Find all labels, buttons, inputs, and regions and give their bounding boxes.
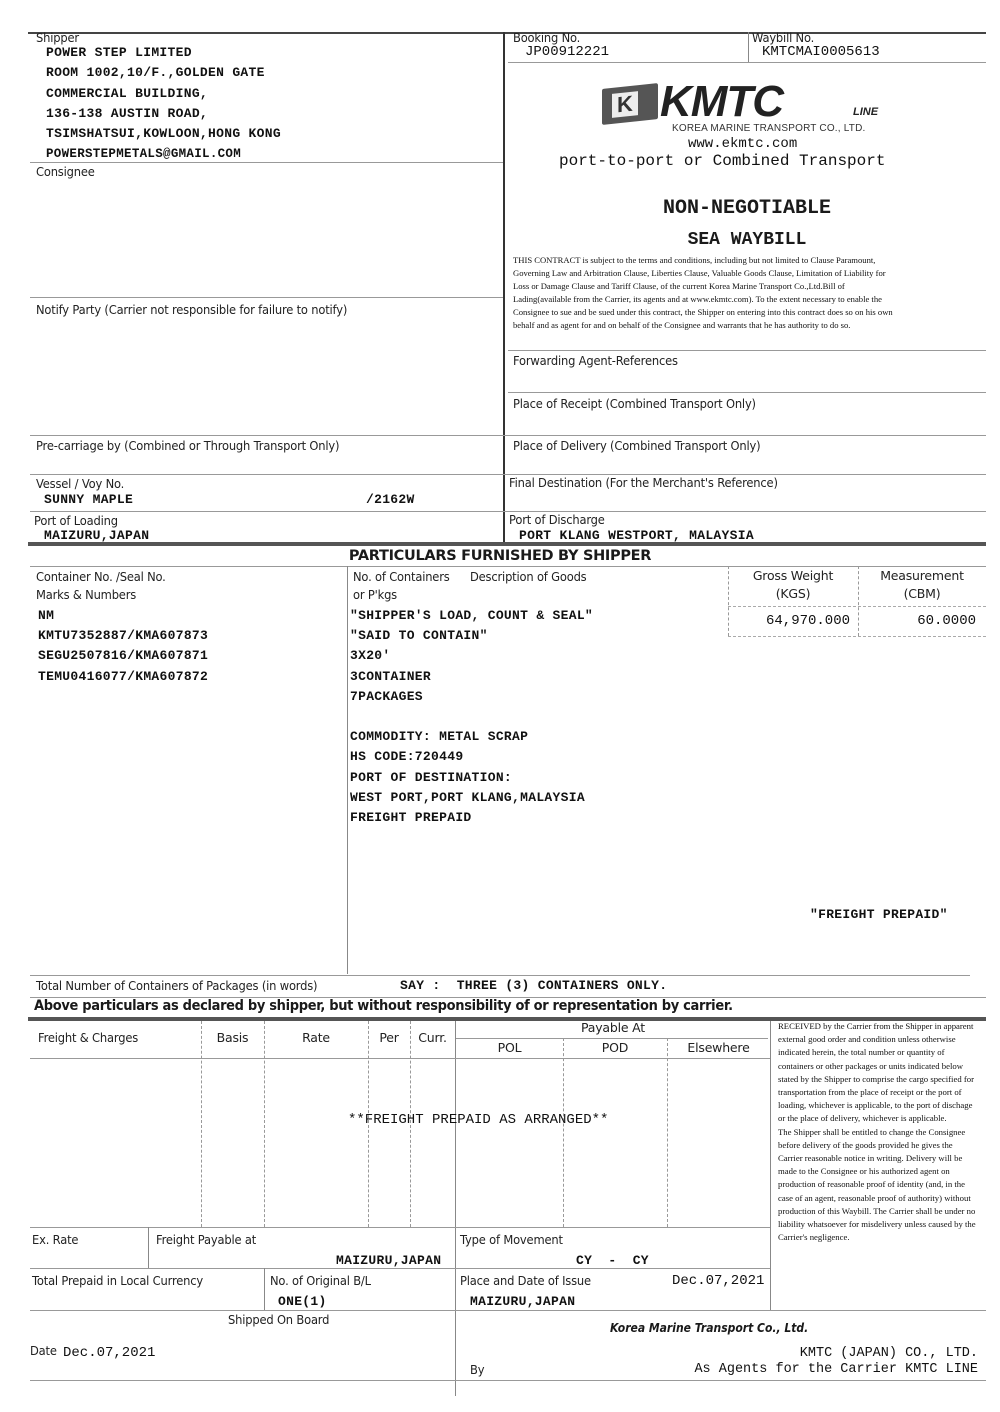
rule: [667, 1038, 668, 1227]
rule: [508, 62, 986, 63]
port-of-loading-label: Port of Loading: [34, 513, 118, 528]
per-header: Per: [368, 1030, 410, 1045]
mark-item: NM: [38, 606, 208, 626]
freight-payable-value: MAIZURU,JAPAN: [336, 1253, 441, 1268]
by-label: By: [470, 1362, 484, 1377]
desc-line: COMMODITY: METAL SCRAP: [350, 727, 593, 747]
rule: [508, 350, 986, 351]
rule: [728, 636, 986, 637]
elsewhere-header: Elsewhere: [667, 1040, 770, 1055]
marks-list: NM KMTU7352887/KMA607873 SEGU2507816/KMA…: [38, 606, 208, 687]
total-containers-words: SAY : THREE (3) CONTAINERS ONLY.: [400, 978, 667, 993]
carrier-website: www.ekmtc.com: [688, 136, 797, 152]
freight-payable-label: Freight Payable at: [156, 1232, 256, 1247]
payable-at-header: Payable At: [456, 1020, 770, 1035]
rule: [30, 1310, 986, 1311]
contract-terms: THIS CONTRACT is subject to the terms an…: [513, 254, 903, 332]
pol-header: POL: [456, 1040, 563, 1055]
measurement-value: 60.0000: [858, 613, 976, 629]
container-col-header: Container No. /Seal No.: [36, 569, 166, 584]
containers-col-header: No. of Containers: [353, 569, 450, 584]
total-prepaid-label: Total Prepaid in Local Currency: [32, 1273, 203, 1288]
original-bl-value: ONE(1): [278, 1294, 327, 1309]
description-col-header: Description of Goods: [470, 569, 586, 584]
rule: [30, 1227, 770, 1228]
flag-letter: K: [612, 91, 638, 118]
rule: [456, 1038, 768, 1039]
place-of-delivery-label: Place of Delivery (Combined Transport On…: [513, 438, 760, 453]
place-of-receipt-label: Place of Receipt (Combined Transport Onl…: [513, 396, 756, 411]
rule: [201, 1021, 202, 1227]
doc-title: NON-NEGOTIABLE: [508, 197, 986, 220]
gross-weight-value: 64,970.000: [728, 613, 850, 629]
rule: [455, 1021, 456, 1396]
carrier-company-name: KOREA MARINE TRANSPORT CO., LTD.: [672, 123, 865, 134]
particulars-title: PARTICULARS FURNISHED BY SHIPPER: [0, 548, 1000, 564]
issue-date: Dec.07,2021: [672, 1273, 764, 1289]
basis-header: Basis: [201, 1030, 264, 1045]
desc-line: WEST PORT,PORT KLANG,MALAYSIA: [350, 788, 593, 808]
rate-header: Rate: [264, 1030, 368, 1045]
rule: [30, 1268, 770, 1269]
rule: [347, 566, 348, 974]
notify-party-label: Notify Party (Carrier not responsible fo…: [36, 302, 347, 317]
rule: [508, 392, 986, 393]
consignee-label: Consignee: [36, 164, 95, 179]
date-label: Date: [30, 1343, 57, 1358]
gross-weight-unit: (KGS): [728, 586, 858, 601]
kmtc-line-mark: LINE: [853, 106, 878, 118]
rule: [728, 606, 986, 607]
rule: [30, 435, 986, 436]
pkgs-col-header: or P'kgs: [353, 587, 397, 602]
measurement-header: Measurement: [858, 568, 986, 583]
port-of-loading-value: MAIZURU,JAPAN: [44, 528, 149, 543]
rule: [770, 1021, 771, 1311]
desc-line: "SAID TO CONTAIN": [350, 626, 593, 646]
issue-label: Place and Date of Issue: [460, 1273, 591, 1288]
shipper-line: TSIMSHATSUI,KOWLOON,HONG KONG: [46, 124, 281, 144]
top-border: [28, 32, 986, 34]
pre-carriage-label: Pre-carriage by (Combined or Through Tra…: [36, 438, 339, 453]
center-divider: [503, 32, 505, 542]
shipper-line: COMMERCIAL BUILDING,: [46, 84, 281, 104]
forwarding-agent-label: Forwarding Agent-References: [513, 353, 678, 368]
vessel-label: Vessel / Voy No.: [36, 476, 124, 491]
mark-item: KMTU7352887/KMA607873: [38, 626, 208, 646]
voyage-number: /2162W: [366, 492, 415, 507]
carrier-signature-company: Korea Marine Transport Co., Ltd.: [610, 1321, 808, 1335]
rule: [264, 1268, 265, 1310]
shipper-address: POWER STEP LIMITED ROOM 1002,10/F.,GOLDE…: [46, 43, 281, 165]
rule: [30, 566, 986, 567]
issue-place: MAIZURU,JAPAN: [470, 1294, 575, 1309]
movement-value: CY - CY: [576, 1253, 649, 1268]
measurement-unit: (CBM): [858, 586, 986, 601]
vessel-name: SUNNY MAPLE: [44, 492, 133, 507]
shipped-on-board-label: Shipped On Board: [228, 1312, 329, 1327]
port-of-discharge-label: Port of Discharge: [509, 512, 605, 527]
shipper-line: ROOM 1002,10/F.,GOLDEN GATE: [46, 63, 281, 83]
ex-rate-label: Ex. Rate: [32, 1232, 78, 1247]
booking-label: Booking No.: [513, 30, 580, 45]
desc-line: "SHIPPER'S LOAD, COUNT & SEAL": [350, 606, 593, 626]
shipper-line: 136-138 AUSTIN ROAD,: [46, 104, 281, 124]
received-terms: RECEIVED by the Carrier from the Shipper…: [778, 1020, 978, 1244]
agent-line-2: As Agents for the Carrier KMTC LINE: [600, 1362, 978, 1377]
mark-item: TEMU0416077/KMA607872: [38, 667, 208, 687]
shipper-disclaimer: Above particulars as declared by shipper…: [34, 998, 733, 1014]
original-bl-label: No. of Original B/L: [270, 1273, 371, 1288]
rule: [148, 1227, 149, 1268]
doc-subtitle: SEA WAYBILL: [508, 230, 986, 250]
rule: [264, 1021, 265, 1227]
currency-header: Curr.: [410, 1030, 455, 1045]
booking-number: JP00912221: [525, 44, 609, 60]
shipper-line: POWERSTEPMETALS@GMAIL.COM: [46, 144, 281, 164]
rule: [563, 1038, 564, 1227]
desc-line: PORT OF DESTINATION:: [350, 768, 593, 788]
desc-line: FREIGHT PREPAID: [350, 808, 593, 828]
marks-col-header: Marks & Numbers: [36, 587, 136, 602]
pod-header: POD: [563, 1040, 667, 1055]
rule: [30, 511, 986, 512]
shipped-date: Dec.07,2021: [63, 1345, 155, 1361]
final-destination-label: Final Destination (For the Merchant's Re…: [509, 475, 778, 490]
mark-item: SEGU2507816/KMA607871: [38, 646, 208, 666]
waybill-number: KMTCMAI0005613: [762, 44, 880, 60]
booking-waybill-divider: [748, 32, 749, 62]
freight-prepaid-arranged: **FREIGHT PREPAID AS ARRANGED**: [348, 1112, 608, 1128]
desc-line: HS CODE:720449: [350, 747, 593, 767]
desc-line: 3X20': [350, 646, 593, 666]
rule: [30, 1058, 770, 1059]
rule: [30, 474, 986, 475]
waybill-label: Waybill No.: [752, 30, 814, 45]
transport-type: port-to-port or Combined Transport: [559, 152, 885, 170]
rule: [30, 1380, 986, 1381]
rule: [30, 975, 970, 976]
desc-line: 3CONTAINER: [350, 667, 593, 687]
gross-weight-header: Gross Weight: [728, 568, 858, 583]
desc-line: [350, 707, 593, 727]
kmtc-flag-logo: K: [602, 83, 658, 125]
movement-label: Type of Movement: [460, 1232, 563, 1247]
rule: [30, 297, 503, 298]
freight-charges-header: Freight & Charges: [38, 1030, 138, 1045]
rule: [28, 542, 986, 546]
port-of-discharge-value: PORT KLANG WESTPORT, MALAYSIA: [519, 528, 754, 543]
kmtc-wordmark: KMTC: [660, 80, 783, 124]
desc-line: 7PACKAGES: [350, 687, 593, 707]
agent-line-1: KMTC (JAPAN) CO., LTD.: [600, 1346, 978, 1361]
freight-prepaid-note: "FREIGHT PREPAID": [810, 907, 948, 922]
shipper-line: POWER STEP LIMITED: [46, 43, 281, 63]
goods-description: "SHIPPER'S LOAD, COUNT & SEAL" "SAID TO …: [350, 606, 593, 828]
total-containers-label: Total Number of Containers of Packages (…: [36, 978, 317, 993]
